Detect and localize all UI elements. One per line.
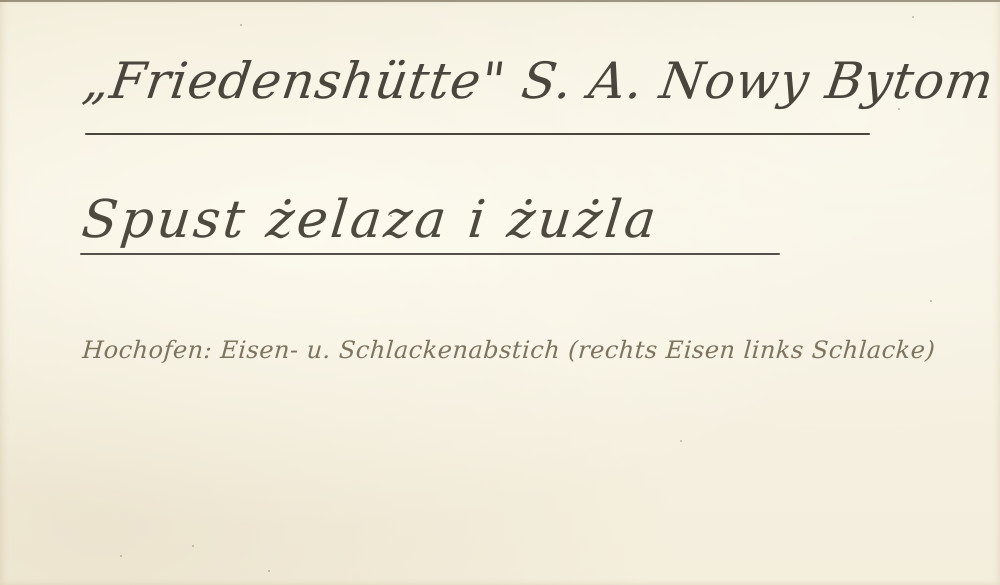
paper-speck <box>930 300 932 302</box>
paper-speck <box>268 570 270 572</box>
paper-speck <box>120 555 122 557</box>
paper-speck <box>240 24 242 26</box>
subtitle-handwriting: Spust żelaza i żużla <box>79 190 786 254</box>
title-handwriting: „Friedenshütte" S. A. Nowy Bytom <box>76 52 878 134</box>
title-underline <box>85 133 870 135</box>
paper-speck <box>680 440 682 442</box>
caption-handwriting: Hochofen: Eisen- u. Schlackenabstich (re… <box>81 336 844 376</box>
paper-speck <box>912 16 914 18</box>
paper-speck <box>192 545 194 547</box>
subtitle-underline <box>80 253 780 255</box>
handwritten-card: „Friedenshütte" S. A. Nowy Bytom Spust ż… <box>0 0 1000 585</box>
